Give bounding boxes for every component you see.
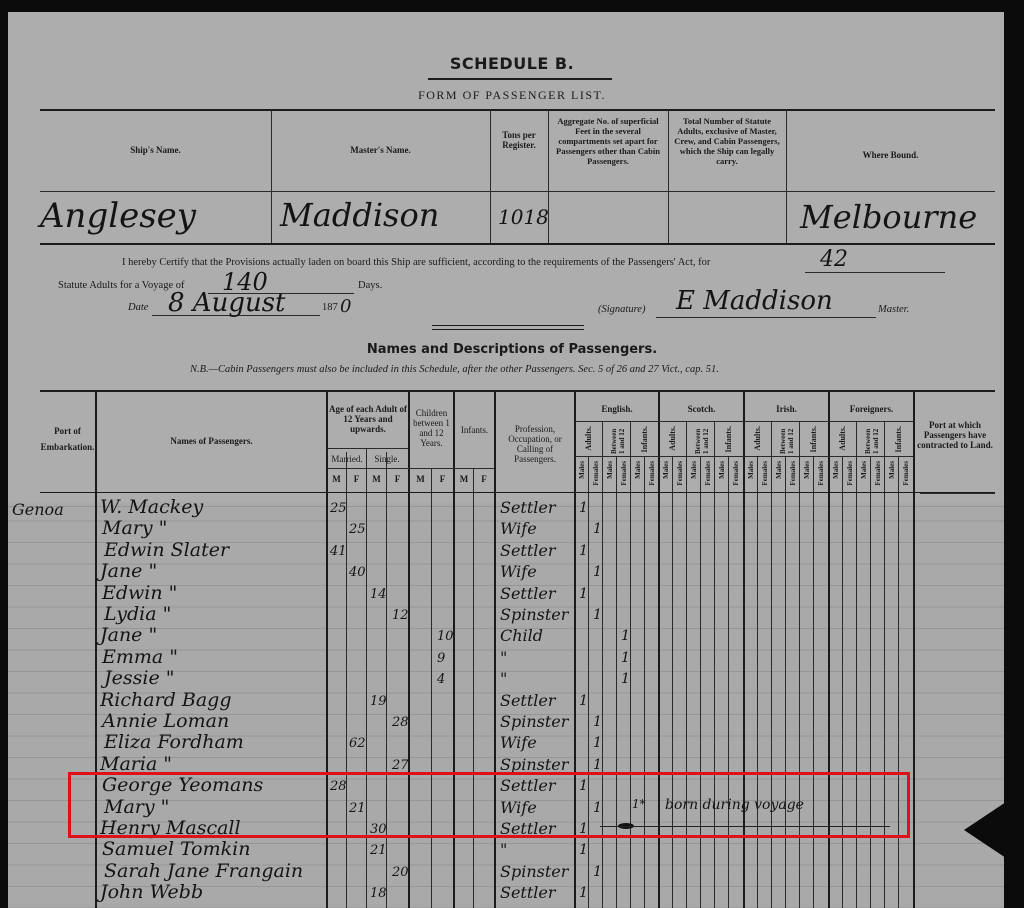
occupation-cell: Spinster: [500, 755, 568, 774]
header-english-between: Between 1 and 12: [610, 424, 628, 454]
english-adult-male-cell: 1: [579, 500, 588, 516]
occupation-cell: Settler: [500, 541, 556, 560]
schedule-title: SCHEDULE B.: [412, 54, 612, 73]
passenger-name-cell: John Webb: [100, 881, 203, 903]
header-males: Males: [832, 461, 840, 479]
header-females: Females: [592, 461, 600, 486]
age-cell-child-f: 10: [437, 629, 454, 644]
header-english-adults: Adults.: [584, 426, 593, 451]
highlight-box: [68, 772, 910, 838]
age-cell-married-m: 25: [330, 501, 347, 516]
passenger-name-cell: Annie Loman: [102, 710, 229, 732]
header-profession: Profession, Occupation, or Calling of Pa…: [496, 424, 574, 464]
header-port-land: Port at which Passengers have contracted…: [915, 420, 995, 450]
days-label: Days.: [358, 280, 382, 291]
age-cell-married-f: 62: [349, 736, 366, 751]
year-suffix: 0: [340, 296, 351, 317]
header-females: Females: [789, 461, 797, 486]
header-males: Males: [860, 461, 868, 479]
passenger-name-cell: Sarah Jane Frangain: [104, 860, 303, 882]
header-married: Married.: [328, 454, 366, 464]
signature-label: (Signature): [598, 304, 645, 315]
date-value: 8 August: [168, 288, 286, 318]
english-adult-female-cell: 1: [593, 521, 602, 537]
age-cell-single-f: 20: [392, 865, 409, 880]
header-scotch-infants: Infants.: [724, 426, 733, 452]
header-port-embarkation: Port of Embarkation.: [40, 423, 95, 455]
header-english-infants: Infants.: [640, 426, 649, 452]
occupation-cell: Settler: [500, 498, 556, 517]
header-master-name: Master's Name.: [271, 145, 490, 155]
header-females: Females: [817, 461, 825, 486]
header-tons: Tons per Register.: [492, 130, 546, 150]
english-adult-male-cell: 1: [579, 693, 588, 709]
english-child-female-cell: 1: [621, 671, 630, 687]
master-name-value: Maddison: [280, 196, 439, 234]
occupation-cell: ": [500, 648, 507, 667]
voyage-label: Statute Adults for a Voyage of: [58, 280, 184, 291]
header-single: Single.: [366, 454, 408, 464]
header-children-m: M: [410, 474, 431, 484]
age-cell-married-f: 25: [349, 522, 366, 537]
occupation-cell: Spinster: [500, 605, 568, 624]
year-prefix: 187: [322, 302, 338, 313]
passenger-name-cell: Eliza Fordham: [104, 731, 244, 753]
header-males: Males: [606, 461, 614, 479]
header-females: Females: [846, 461, 854, 486]
age-cell-married-f: 40: [349, 565, 366, 580]
header-foreigners-infants: Infants.: [894, 426, 903, 452]
passengers-section-title: Names and Descriptions of Passengers.: [300, 342, 724, 357]
english-adult-female-cell: 1: [593, 757, 602, 773]
ship-name-value: Anglesey: [40, 196, 196, 236]
occupation-cell: Child: [500, 626, 543, 645]
header-irish-adults: Adults.: [753, 426, 762, 451]
header-males: Males: [634, 461, 642, 479]
passenger-name-cell: Edwin Slater: [104, 539, 229, 561]
header-infants-f: F: [474, 474, 494, 484]
passenger-name-cell: W. Mackey: [100, 496, 203, 518]
passenger-name-cell: Jessie ": [104, 667, 174, 689]
passenger-name-cell: Emma ": [102, 646, 178, 668]
age-cell-single-m: 18: [370, 886, 387, 901]
header-females: Females: [648, 461, 656, 486]
header-males: Males: [690, 461, 698, 479]
passenger-name-cell: Jane ": [100, 560, 157, 582]
where-bound-value: Melbourne: [800, 198, 977, 236]
header-married-f: F: [347, 474, 366, 484]
header-foreigners: Foreigners.: [830, 404, 913, 414]
occupation-cell: Wife: [500, 562, 537, 581]
header-children: Children between 1 and 12 Years.: [410, 408, 453, 448]
header-foreigners-between: Between 1 and 12: [864, 424, 882, 454]
passenger-name-cell: Edwin ": [102, 582, 177, 604]
header-single-f: F: [387, 474, 408, 484]
signature-value: E Maddison: [676, 286, 833, 316]
age-cell-single-f: 12: [392, 608, 409, 623]
header-females: Females: [761, 461, 769, 486]
header-irish-between: Between 1 and 12: [779, 424, 797, 454]
header-females: Females: [874, 461, 882, 486]
tons-value: 1018: [498, 205, 549, 229]
english-adult-male-cell: 1: [579, 543, 588, 559]
english-adult-male-cell: 1: [579, 842, 588, 858]
occupation-cell: Settler: [500, 691, 556, 710]
english-adult-female-cell: 1: [593, 607, 602, 623]
header-single-m: M: [367, 474, 386, 484]
header-females: Females: [732, 461, 740, 486]
header-males: Males: [888, 461, 896, 479]
header-males: Males: [718, 461, 726, 479]
header-total-adults: Total Number of Statute Adults, exclusiv…: [672, 116, 782, 166]
header-females: Females: [902, 461, 910, 486]
header-aggregate: Aggregate No. of superficial Feet in the…: [552, 116, 664, 166]
header-irish: Irish.: [745, 404, 828, 414]
occupation-cell: ": [500, 669, 507, 688]
age-cell-single-m: 19: [370, 694, 387, 709]
passenger-name-cell: Richard Bagg: [100, 689, 232, 711]
certificate-line-1: I hereby Certify that the Provisions act…: [122, 257, 710, 268]
occupation-cell: Spinster: [500, 712, 568, 731]
english-adult-female-cell: 1: [593, 735, 602, 751]
title-underline: [428, 78, 612, 80]
port-embarkation-cell: Genoa: [12, 500, 64, 519]
age-cell-single-m: 21: [370, 843, 387, 858]
header-females: Females: [676, 461, 684, 486]
occupation-cell: Wife: [500, 519, 537, 538]
age-cell-single-f: 28: [392, 715, 409, 730]
header-males: Males: [775, 461, 783, 479]
header-age-adult: Age of each Adult of 12 Years and upward…: [328, 404, 408, 434]
english-adult-female-cell: 1: [593, 864, 602, 880]
header-males: Males: [662, 461, 670, 479]
header-scotch-between: Between 1 and 12: [694, 424, 712, 454]
header-scotch-adults: Adults.: [668, 426, 677, 451]
cabin-passengers-note: N.B.—Cabin Passengers must also be inclu…: [190, 364, 719, 375]
header-children-f: F: [432, 474, 453, 484]
age-cell-single-f: 27: [392, 758, 409, 773]
header-infants-m: M: [455, 474, 473, 484]
header-females: Females: [704, 461, 712, 486]
header-scotch: Scotch.: [660, 404, 743, 414]
passenger-name-cell: Samuel Tomkin: [102, 838, 250, 860]
header-foreigners-adults: Adults.: [838, 426, 847, 451]
occupation-cell: Settler: [500, 883, 556, 902]
adults-count-value: 42: [820, 247, 848, 272]
age-cell-child-f: 4: [437, 672, 445, 687]
english-child-female-cell: 1: [621, 628, 630, 644]
occupation-cell: Spinster: [500, 862, 568, 881]
header-infants: Infants.: [455, 425, 494, 435]
english-adult-female-cell: 1: [593, 564, 602, 580]
passenger-name-cell: Mary ": [102, 517, 167, 539]
passenger-name-cell: Lydia ": [104, 603, 171, 625]
passenger-name-cell: Jane ": [100, 624, 157, 646]
occupation-cell: Wife: [500, 733, 537, 752]
form-title: FORM OF PASSENGER LIST.: [362, 88, 662, 103]
age-cell-married-m: 41: [330, 544, 347, 559]
header-english: English.: [576, 404, 658, 414]
date-label: Date: [128, 302, 148, 313]
english-adult-female-cell: 1: [593, 714, 602, 730]
header-married-m: M: [327, 474, 346, 484]
occupation-cell: ": [500, 840, 507, 859]
age-cell-child-f: 9: [437, 651, 445, 666]
header-males: Males: [803, 461, 811, 479]
header-where-bound: Where Bound.: [786, 150, 995, 160]
header-males: Males: [747, 461, 755, 479]
header-names: Names of Passengers.: [97, 436, 326, 446]
header-males: Males: [578, 461, 586, 479]
english-child-female-cell: 1: [621, 650, 630, 666]
master-label: Master.: [878, 304, 909, 315]
header-ship-name: Ship's Name.: [40, 145, 271, 155]
occupation-cell: Settler: [500, 584, 556, 603]
header-irish-infants: Infants.: [809, 426, 818, 452]
age-cell-single-m: 14: [370, 587, 387, 602]
header-females: Females: [620, 461, 628, 486]
english-adult-male-cell: 1: [579, 586, 588, 602]
english-adult-male-cell: 1: [579, 885, 588, 901]
